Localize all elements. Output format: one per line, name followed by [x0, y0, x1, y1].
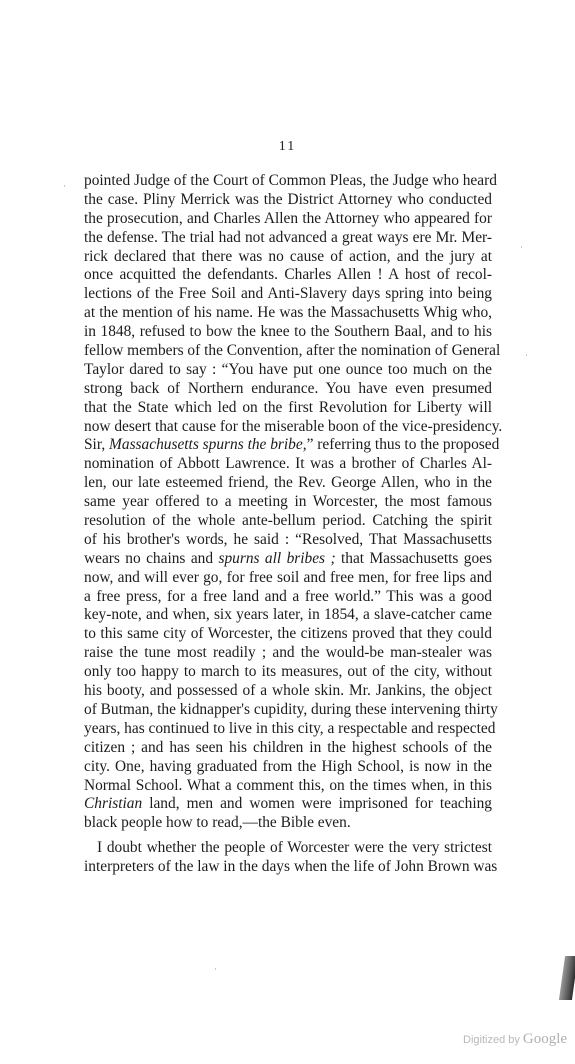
text-line: his booty, and possessed of a whole skin… — [84, 682, 492, 701]
text-line: lections of the Free Soil and Anti-Slave… — [84, 285, 492, 304]
text-line-with-italic: Christian land, men and women were impri… — [84, 795, 492, 814]
text-line: of his brother's words, he said : “Resol… — [84, 531, 492, 550]
italic-word: Christian — [84, 795, 142, 812]
text-segment: wears no chains and — [84, 550, 218, 567]
italic-quote: spurns all bribes ; — [218, 550, 335, 567]
text-line: I doubt whether the people of Worcester … — [84, 839, 492, 858]
digitized-watermark: Digitized by Google — [463, 1031, 567, 1048]
text-line: nomination of Abbott Lawrence. It was a … — [84, 455, 492, 474]
scan-speck — [64, 185, 65, 187]
text-line: rick declared that there was no cause of… — [84, 248, 492, 267]
text-segment: ” referring thus to the proposed — [307, 436, 500, 453]
text-line: same year offered to a meeting in Worces… — [84, 493, 492, 512]
text-line: only too happy to march to its measures,… — [84, 663, 492, 682]
text-line: at the mention of his name. He was the M… — [84, 304, 492, 323]
page-edge-shadow — [559, 956, 575, 1000]
text-line: a free press, for a free land and a free… — [84, 588, 492, 607]
text-segment: land, men and women were imprisoned for … — [142, 795, 492, 812]
scan-speck — [521, 246, 522, 248]
text-line: the case. Pliny Merrick was the District… — [84, 191, 492, 210]
text-line: that the State which led on the first Re… — [84, 399, 492, 418]
text-line: key-note, and when, six years later, in … — [84, 606, 492, 625]
text-line: citizen ; and has seen his children in t… — [84, 739, 492, 758]
page-body-text: pointed Judge of the Court of Common Ple… — [84, 172, 492, 877]
text-line: len, our late esteemed friend, the Rev. … — [84, 474, 492, 493]
text-line: once acquitted the defendants. Charles A… — [84, 266, 492, 285]
italic-quote: Massachusetts spurns the bribe, — [109, 436, 307, 453]
text-line: raise the tune most readily ; and the wo… — [84, 644, 492, 663]
paragraph-2: I doubt whether the people of Worcester … — [84, 839, 492, 877]
text-line-with-italic: Sir, Massachusetts spurns the bribe,” re… — [84, 436, 492, 455]
paragraph-1: pointed Judge of the Court of Common Ple… — [84, 172, 492, 833]
text-line: fellow members of the Convention, after … — [84, 342, 492, 361]
text-line: Normal School. What a comment this, on t… — [84, 777, 492, 796]
text-line: interpreters of the law in the days when… — [84, 858, 492, 877]
text-line: to this same city of Worcester, the citi… — [84, 625, 492, 644]
text-segment: Sir, — [84, 436, 109, 453]
text-line: the defense. The trial had not advanced … — [84, 229, 492, 248]
text-line: of Butman, the kidnapper's cupidity, dur… — [84, 701, 492, 720]
text-line: strong back of Northern endurance. You h… — [84, 380, 492, 399]
text-line: pointed Judge of the Court of Common Ple… — [84, 172, 492, 191]
scan-speck — [526, 354, 527, 356]
text-line: black people how to read,—the Bible even… — [84, 814, 492, 833]
google-logo-text: Google — [523, 1031, 567, 1047]
text-line: Taylor dared to say : “You have put one … — [84, 361, 492, 380]
page-number: 11 — [0, 139, 575, 155]
watermark-prefix: Digitized by — [463, 1034, 523, 1046]
text-line: now desert that cause for the miserable … — [84, 418, 492, 437]
text-line-with-italic: wears no chains and spurns all bribes ; … — [84, 550, 492, 569]
text-line: years, has continued to live in this cit… — [84, 720, 492, 739]
text-line: in 1848, refused to bow the knee to the … — [84, 323, 492, 342]
text-line: now, and will ever go, for free soil and… — [84, 569, 492, 588]
text-line: city. One, having graduated from the Hig… — [84, 758, 492, 777]
text-line: the prosecution, and Charles Allen the A… — [84, 210, 492, 229]
text-segment: that Massachusetts goes — [336, 550, 492, 567]
scan-speck — [215, 968, 216, 970]
text-line: resolution of the whole ante-bellum peri… — [84, 512, 492, 531]
